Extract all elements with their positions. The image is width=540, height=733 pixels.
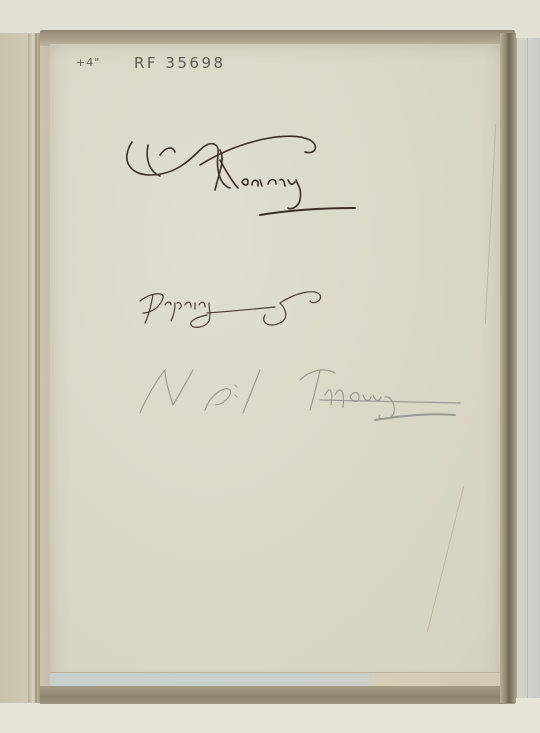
bottom-binding-strip	[40, 686, 515, 704]
catalog-number: +4" RF 35698	[0, 54, 540, 74]
handwritten-salutation: Monsieur	[120, 130, 360, 225]
name-script-svg	[135, 283, 325, 338]
paper-crack	[427, 486, 464, 632]
fold-crease	[28, 33, 40, 703]
fold-line	[35, 33, 37, 703]
handwritten-name-line: Dépaine S	[135, 283, 325, 338]
folder-left-flap	[0, 33, 53, 703]
pencil-annotation: N° 1 Mars	[135, 355, 485, 430]
catalog-prefix-mark: +4"	[76, 56, 100, 69]
catalog-reference: RF 35698	[134, 54, 226, 72]
pencil-script-svg	[135, 355, 485, 430]
flap-edge-line	[527, 38, 528, 698]
salutation-script-svg	[120, 130, 360, 225]
right-binding-spine	[500, 33, 516, 703]
paper-crack	[485, 124, 496, 324]
folder-right-flap	[516, 38, 540, 698]
